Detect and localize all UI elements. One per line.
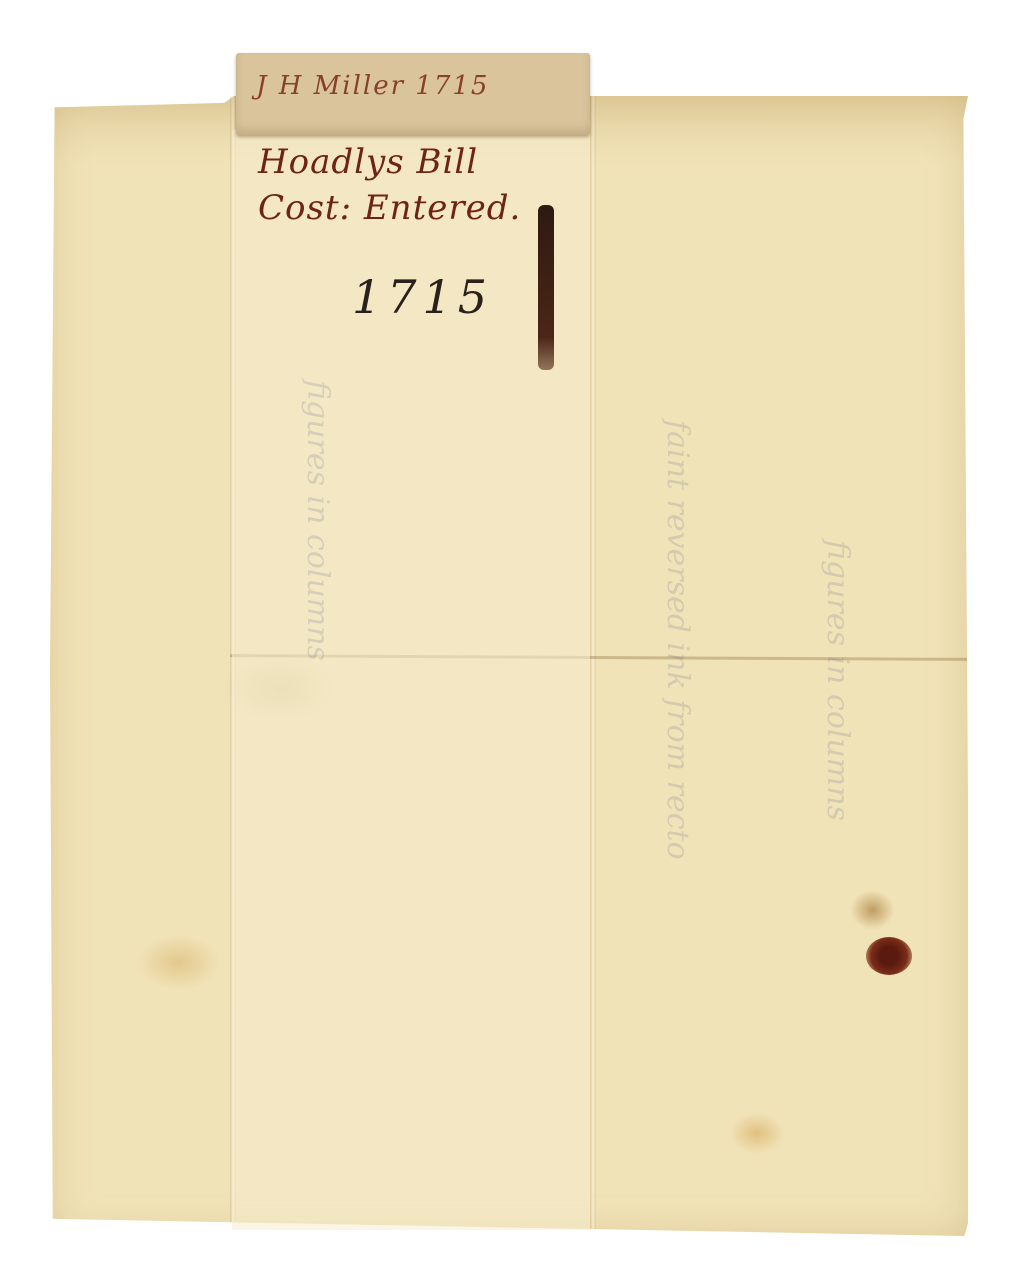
bleed-through-text: faint reversed ink from recto [660, 420, 695, 860]
bleed-through-text: figures in columns [820, 540, 855, 821]
bleed-through-text: figures in columns [300, 380, 335, 661]
docket-title: Hoadlys Bill [258, 142, 478, 182]
water-stain [850, 890, 895, 930]
ink-blot [866, 937, 912, 975]
ink-stroke-mark [538, 205, 554, 370]
docket-subtitle: Cost: Entered. [258, 188, 521, 228]
folded-tab: J H Miller 1715 [236, 53, 590, 135]
tab-annotation: J H Miller 1715 [256, 71, 489, 101]
vertical-fold-right [590, 96, 596, 1236]
docket-year: 1715 [352, 270, 493, 324]
